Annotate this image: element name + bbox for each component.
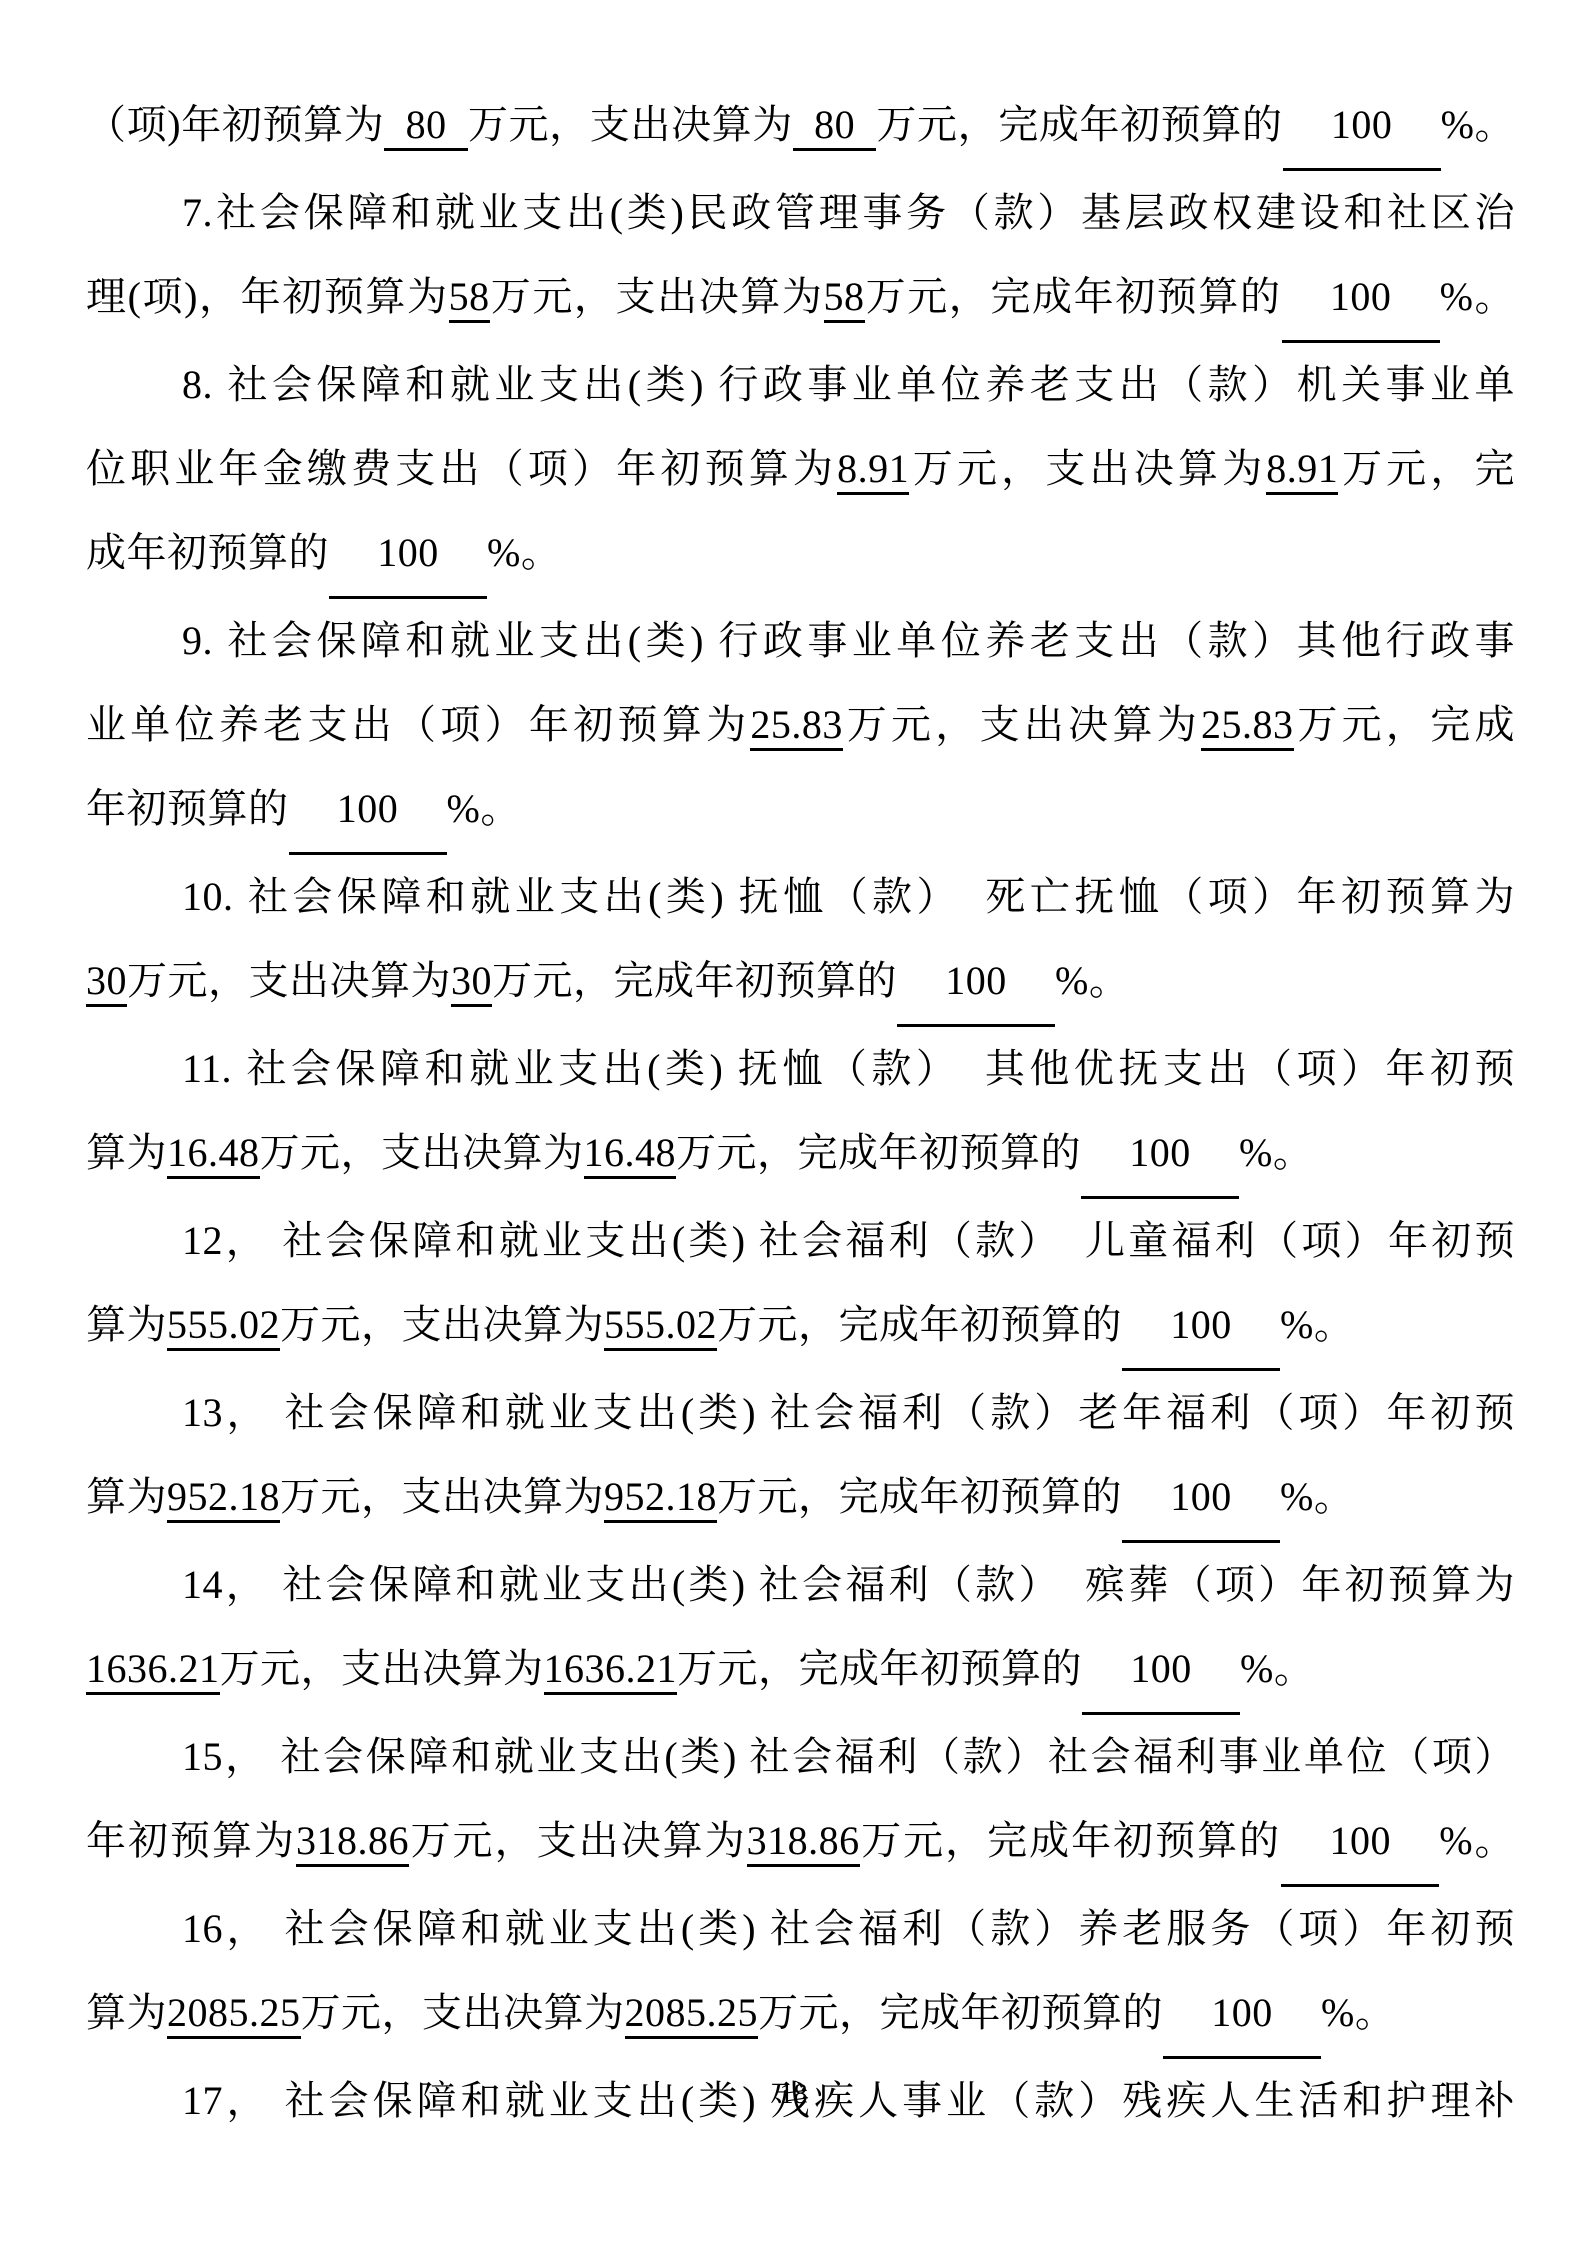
text-line: 13， 社会保障和就业支出(类) 社会福利（款）老年福利（项）年初预 <box>86 1371 1515 1455</box>
text-segment: 7.社会保障和就业支出(类)民政管理事务（款）基层政权建设和社区治 <box>182 190 1515 235</box>
text-line: 成年初预算的100%。 <box>86 511 1515 599</box>
text-segment: 万元，支出决算为 <box>260 1130 584 1175</box>
text-segment: %。 <box>1280 1302 1354 1347</box>
underlined-value: 100 <box>329 511 487 599</box>
underlined-value: 100 <box>1122 1455 1280 1543</box>
text-line: 10. 社会保障和就业支出(类) 抚恤（款） 死亡抚恤（项）年初预算为 <box>86 855 1515 939</box>
text-segment: 万元，完成年初预算的 <box>860 1818 1282 1863</box>
text-line: 11. 社会保障和就业支出(类) 抚恤（款） 其他优抚支出（项）年初预 <box>86 1027 1515 1111</box>
underlined-value: 318.86 <box>296 1818 409 1867</box>
underlined-value: 58 <box>824 274 865 323</box>
text-segment: 万元，支出决算为 <box>220 1646 544 1691</box>
text-line: 15， 社会保障和就业支出(类) 社会福利（款）社会福利事业单位（项） <box>86 1715 1515 1799</box>
text-line: 年初预算为318.86万元，支出决算为318.86万元，完成年初预算的100%。 <box>86 1799 1515 1887</box>
text-line: 算为2085.25万元，支出决算为2085.25万元，完成年初预算的100%。 <box>86 1971 1515 2059</box>
text-line: 16， 社会保障和就业支出(类) 社会福利（款）养老服务（项）年初预 <box>86 1887 1515 1971</box>
text-line: 14， 社会保障和就业支出(类) 社会福利（款） 殡葬（项）年初预算为 <box>86 1543 1515 1627</box>
document-body: （项)年初预算为 80 万元，支出决算为 80 万元，完成年初预算的100%。7… <box>86 83 1515 2143</box>
text-segment: %。 <box>1441 102 1515 147</box>
text-segment: 万元，完成年初预算的 <box>876 102 1282 147</box>
text-segment: 万元，完成年初预算的 <box>677 1646 1082 1691</box>
underlined-value: 952.18 <box>604 1474 717 1523</box>
text-segment: 位职业年金缴费支出（项）年初预算为 <box>86 446 837 491</box>
text-line: 7.社会保障和就业支出(类)民政管理事务（款）基层政权建设和社区治 <box>86 171 1515 255</box>
underlined-value: 100 <box>1082 1627 1240 1715</box>
underlined-value: 8.91 <box>1266 446 1338 495</box>
underlined-value: 555.02 <box>167 1302 280 1351</box>
underlined-value: 1636.21 <box>544 1646 678 1695</box>
text-segment: 万元，完成年初预算的 <box>717 1302 1122 1347</box>
text-segment: 万元，完成 <box>1294 702 1515 747</box>
text-segment: 万元，支出决算为 <box>468 102 793 147</box>
underlined-value: 100 <box>897 939 1055 1027</box>
underlined-value: 100 <box>1281 1799 1439 1887</box>
underlined-value: 8.91 <box>837 446 909 495</box>
text-segment: 万元，支出决算为 <box>280 1302 604 1347</box>
underlined-value: 30 <box>86 958 127 1007</box>
text-segment: 14， 社会保障和就业支出(类) 社会福利（款） 殡葬（项）年初预算为 <box>182 1562 1515 1607</box>
text-segment: 万元，支出决算为 <box>409 1818 747 1863</box>
underlined-value: 80 <box>793 102 877 151</box>
underlined-value: 1636.21 <box>86 1646 220 1695</box>
document-page: （项)年初预算为 80 万元，支出决算为 80 万元，完成年初预算的100%。7… <box>0 0 1587 2245</box>
text-line: 业单位养老支出（项）年初预算为25.83万元，支出决算为25.83万元，完成 <box>86 683 1515 767</box>
text-segment: 算为 <box>86 1474 167 1519</box>
text-line: 年初预算的100%。 <box>86 767 1515 855</box>
text-line: 9. 社会保障和就业支出(类) 行政事业单位养老支出（款）其他行政事 <box>86 599 1515 683</box>
text-segment: 9. 社会保障和就业支出(类) 行政事业单位养老支出（款）其他行政事 <box>182 618 1515 663</box>
text-segment: 万元，支出决算为 <box>843 702 1201 747</box>
underlined-value: 25.83 <box>1201 702 1294 751</box>
text-segment: 万元，支出决算为 <box>909 446 1266 491</box>
text-line: 算为555.02万元，支出决算为555.02万元，完成年初预算的100%。 <box>86 1283 1515 1371</box>
underlined-value: 16.48 <box>584 1130 677 1179</box>
underlined-value: 100 <box>1163 1971 1321 2059</box>
text-segment: %。 <box>447 786 521 831</box>
underlined-value: 16.48 <box>167 1130 260 1179</box>
text-line: 30万元，支出决算为30万元，完成年初预算的100%。 <box>86 939 1515 1027</box>
text-line: 算为16.48万元，支出决算为16.48万元，完成年初预算的100%。 <box>86 1111 1515 1199</box>
underlined-value: 2085.25 <box>625 1990 759 2039</box>
text-segment: %。 <box>1280 1474 1354 1519</box>
text-line: 理(项)，年初预算为58万元，支出决算为58万元，完成年初预算的100%。 <box>86 255 1515 343</box>
text-segment: 业单位养老支出（项）年初预算为 <box>86 702 750 747</box>
text-segment: 13， 社会保障和就业支出(类) 社会福利（款）老年福利（项）年初预 <box>182 1390 1515 1435</box>
text-segment: 理(项)，年初预算为 <box>86 274 449 319</box>
underlined-value: 100 <box>1081 1111 1239 1199</box>
text-segment: 万元，支出决算为 <box>490 274 824 319</box>
text-segment: 15， 社会保障和就业支出(类) 社会福利（款）社会福利事业单位（项） <box>182 1734 1515 1779</box>
text-segment: 算为 <box>86 1302 167 1347</box>
underlined-value: 2085.25 <box>167 1990 301 2039</box>
underlined-value: 100 <box>1283 83 1441 171</box>
underlined-value: 952.18 <box>167 1474 280 1523</box>
text-segment: %。 <box>1439 1818 1515 1863</box>
text-line: 12， 社会保障和就业支出(类) 社会福利（款） 儿童福利（项）年初预 <box>86 1199 1515 1283</box>
text-line: 1636.21万元，支出决算为1636.21万元，完成年初预算的100%。 <box>86 1627 1515 1715</box>
text-segment: 10. 社会保障和就业支出(类) 抚恤（款） 死亡抚恤（项）年初预算为 <box>182 874 1515 919</box>
underlined-value: 58 <box>449 274 490 323</box>
text-segment: （项)年初预算为 <box>86 102 384 147</box>
text-segment: 年初预算的 <box>86 786 289 831</box>
text-line: （项)年初预算为 80 万元，支出决算为 80 万元，完成年初预算的100%。 <box>86 83 1515 171</box>
text-segment: 成年初预算的 <box>86 530 329 575</box>
text-segment: 11. 社会保障和就业支出(类) 抚恤（款） 其他优抚支出（项）年初预 <box>182 1046 1515 1091</box>
text-line: 8. 社会保障和就业支出(类) 行政事业单位养老支出（款）机关事业单 <box>86 343 1515 427</box>
text-segment: 万元，支出决算为 <box>127 958 451 1003</box>
text-segment: 万元，完成年初预算的 <box>717 1474 1122 1519</box>
underlined-value: 318.86 <box>747 1818 860 1867</box>
page-number: 18 <box>0 2078 1587 2112</box>
text-segment: 万元，完成年初预算的 <box>492 958 897 1003</box>
text-segment: 算为 <box>86 1990 167 2035</box>
text-segment: 万元，支出决算为 <box>301 1990 625 2035</box>
text-segment: 万元，支出决算为 <box>280 1474 604 1519</box>
underlined-value: 25.83 <box>750 702 843 751</box>
underlined-value: 100 <box>1122 1283 1280 1371</box>
underlined-value: 100 <box>289 767 447 855</box>
text-segment: %。 <box>487 530 561 575</box>
text-segment: %。 <box>1240 1646 1314 1691</box>
text-segment: %。 <box>1239 1130 1313 1175</box>
text-segment: %。 <box>1440 274 1515 319</box>
text-segment: 16， 社会保障和就业支出(类) 社会福利（款）养老服务（项）年初预 <box>182 1906 1515 1951</box>
text-segment: %。 <box>1321 1990 1395 2035</box>
text-segment: 万元，完成年初预算的 <box>676 1130 1081 1175</box>
text-segment: 12， 社会保障和就业支出(类) 社会福利（款） 儿童福利（项）年初预 <box>182 1218 1515 1263</box>
text-segment: 算为 <box>86 1130 167 1175</box>
underlined-value: 30 <box>451 958 492 1007</box>
text-segment: 万元，完成年初预算的 <box>865 274 1282 319</box>
underlined-value: 555.02 <box>604 1302 717 1351</box>
text-segment: 万元，完 <box>1338 446 1515 491</box>
text-segment: 8. 社会保障和就业支出(类) 行政事业单位养老支出（款）机关事业单 <box>182 362 1515 407</box>
underlined-value: 80 <box>384 102 468 151</box>
text-segment: %。 <box>1055 958 1129 1003</box>
text-line: 位职业年金缴费支出（项）年初预算为8.91万元，支出决算为8.91万元，完 <box>86 427 1515 511</box>
text-line: 算为952.18万元，支出决算为952.18万元，完成年初预算的100%。 <box>86 1455 1515 1543</box>
text-segment: 万元，完成年初预算的 <box>758 1990 1163 2035</box>
underlined-value: 100 <box>1282 255 1440 343</box>
text-segment: 年初预算为 <box>86 1818 296 1863</box>
